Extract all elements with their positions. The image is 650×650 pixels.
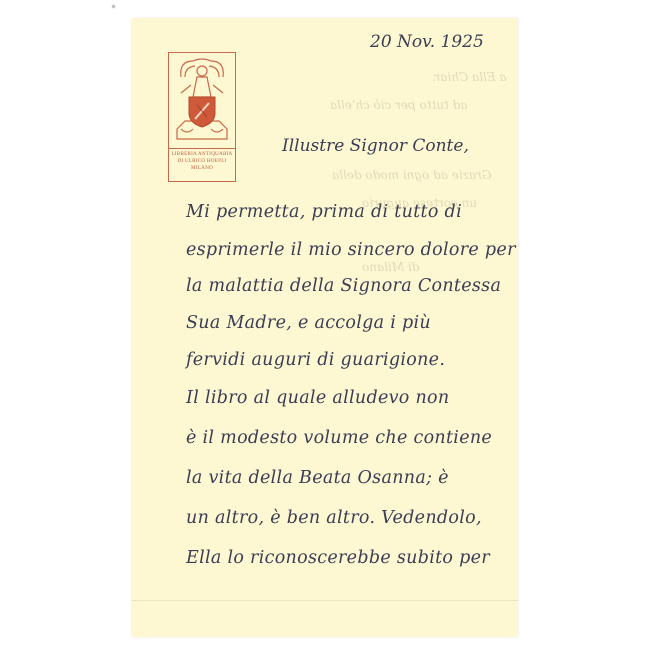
body-line: un altro, è ben altro. Vedendolo, [186,508,482,528]
letterhead-caption: LIBRERIA ANTIQUARIA DI ULRICO HOEPLI MIL… [169,148,235,172]
body-line: Sua Madre, e accolga i più [186,313,431,333]
caption-line: MILANO [169,165,235,172]
body-line: fervidi auguri di guarigione. [186,350,445,370]
caption-line: DI ULRICO HOEPLI [169,158,235,165]
body-line: la vita della Beata Osanna; è [186,468,449,488]
body-line: è il modesto volume che contiene [186,428,492,448]
scan-speck [111,4,115,8]
salutation: Illustre Signor Conte, [282,136,469,156]
body-line: esprimerle il mio sincero dolore per [186,240,516,260]
letter-sheet: a Ella Chiar. ad tutto per ciò ch'ella G… [132,18,518,637]
body-line: Il libro al quale alludevo non [186,388,449,408]
bleed-through-text: ad tutto per ciò ch'ella [330,98,468,112]
bleed-through-text: Grazie ad ogni modo della [332,168,491,182]
body-line: Mi permetta, prima di tutto di [186,202,462,222]
heraldic-emblem-icon [171,55,233,145]
bleed-through-text: a Ella Chiar. [432,70,507,84]
letterhead: LIBRERIA ANTIQUARIA DI ULRICO HOEPLI MIL… [168,52,236,182]
body-line: la malattia della Signora Contessa [186,276,501,296]
bleed-through-text: di Milano [362,260,419,274]
body-line: Ella lo riconoscerebbe subito per [186,548,490,568]
paper-fold-line [132,600,518,601]
caption-line: LIBRERIA ANTIQUARIA [169,151,235,158]
letter-date: 20 Nov. 1925 [370,32,484,52]
